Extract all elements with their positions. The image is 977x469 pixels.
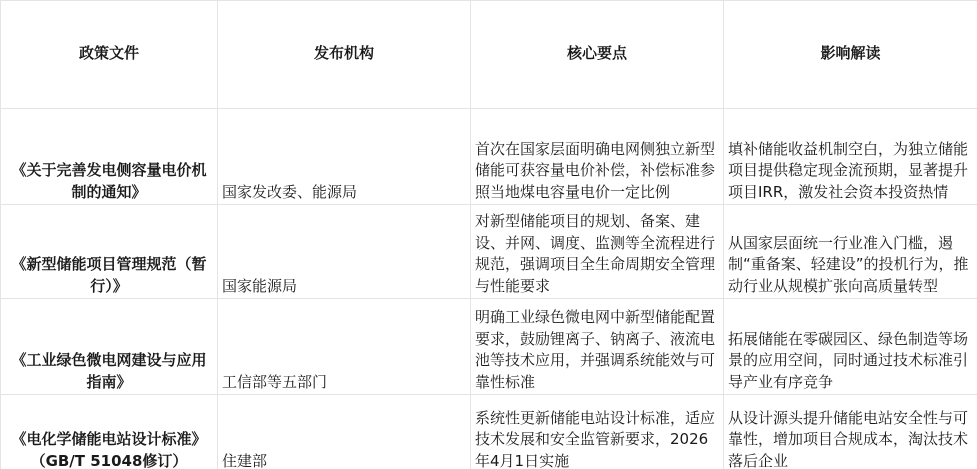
- policy-table: 政策文件 发布机构 核心要点 影响解读 《关于完善发电侧容量电价机制的通知》 国…: [0, 0, 977, 469]
- issuer-cell: 国家发改委、能源局: [218, 109, 471, 205]
- header-impact: 影响解读: [724, 1, 977, 109]
- key-points-cell: 明确工业绿色微电网中新型储能配置要求，鼓励锂离子、钠离子、液流电池等技术应用，并…: [471, 299, 724, 395]
- header-key-points: 核心要点: [471, 1, 724, 109]
- policy-document-cell: 《关于完善发电侧容量电价机制的通知》: [1, 109, 218, 205]
- header-issuer: 发布机构: [218, 1, 471, 109]
- impact-cell: 从国家层面统一行业准入门槛，遏制“重备案、轻建设”的投机行为，推动行业从规模扩张…: [724, 205, 977, 299]
- table-row: 《关于完善发电侧容量电价机制的通知》 国家发改委、能源局 首次在国家层面明确电网…: [1, 109, 977, 205]
- key-points-cell: 对新型储能项目的规划、备案、建设、并网、调度、监测等全流程进行规范，强调项目全生…: [471, 205, 724, 299]
- key-points-cell: 首次在国家层面明确电网侧独立新型储能可获容量电价补偿，补偿标准参照当地煤电容量电…: [471, 109, 724, 205]
- table-row: 《工业绿色微电网建设与应用指南》 工信部等五部门 明确工业绿色微电网中新型储能配…: [1, 299, 977, 395]
- impact-cell: 填补储能收益机制空白，为独立储能项目提供稳定现金流预期，显著提升项目IRR，激发…: [724, 109, 977, 205]
- issuer-cell: 住建部: [218, 395, 471, 469]
- key-points-cell: 系统性更新储能电站设计标准，适应技术发展和安全监管新要求，2026年4月1日实施: [471, 395, 724, 469]
- policy-document-cell: 《电化学储能电站设计标准》（GB/T 51048修订）: [1, 395, 218, 469]
- issuer-cell: 工信部等五部门: [218, 299, 471, 395]
- impact-cell: 拓展储能在零碳园区、绿色制造等场景的应用空间，同时通过技术标准引导产业有序竞争: [724, 299, 977, 395]
- policy-document-cell: 《新型储能项目管理规范（暂行）》: [1, 205, 218, 299]
- impact-cell: 从设计源头提升储能电站安全性与可靠性，增加项目合规成本，淘汰技术落后企业: [724, 395, 977, 469]
- policy-document-cell: 《工业绿色微电网建设与应用指南》: [1, 299, 218, 395]
- issuer-cell: 国家能源局: [218, 205, 471, 299]
- table-row: 《新型储能项目管理规范（暂行）》 国家能源局 对新型储能项目的规划、备案、建设、…: [1, 205, 977, 299]
- header-policy-document: 政策文件: [1, 1, 218, 109]
- table-row: 《电化学储能电站设计标准》（GB/T 51048修订） 住建部 系统性更新储能电…: [1, 395, 977, 469]
- header-row: 政策文件 发布机构 核心要点 影响解读: [1, 1, 977, 109]
